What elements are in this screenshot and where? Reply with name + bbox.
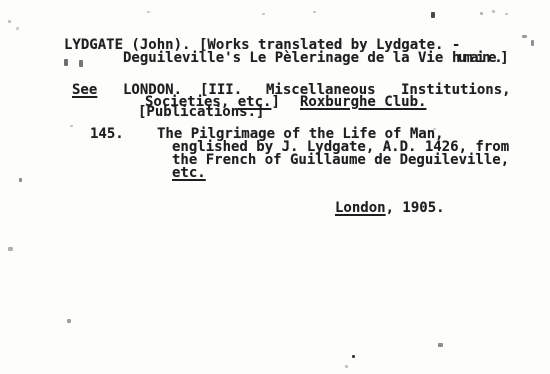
ink-speck bbox=[8, 20, 11, 23]
ink-speck bbox=[67, 319, 71, 323]
ink-speck bbox=[8, 247, 13, 251]
ink-speck bbox=[147, 11, 150, 13]
ink-speck bbox=[313, 11, 316, 13]
imprint-place: London bbox=[335, 200, 386, 216]
cross-reference-line-3: [Publications.] bbox=[0, 106, 550, 121]
ink-speck bbox=[79, 60, 83, 67]
ink-speck bbox=[433, 128, 436, 130]
entry-line-4: etc. bbox=[0, 167, 550, 182]
ink-speck bbox=[505, 13, 508, 15]
entry-text-3: the French of Guillaume de Deguileville, bbox=[172, 154, 509, 167]
ink-speck bbox=[345, 365, 348, 368]
imprint-year: , 1905. bbox=[386, 200, 445, 216]
heading-subtitle-end: humaine.] bbox=[452, 52, 506, 65]
ink-speck bbox=[70, 125, 73, 127]
ink-speck bbox=[16, 27, 19, 30]
ink-speck bbox=[438, 343, 443, 347]
ink-speck bbox=[431, 12, 435, 18]
ink-speck bbox=[492, 10, 495, 13]
ink-speck bbox=[19, 178, 22, 182]
entry-number: 145. bbox=[90, 128, 124, 141]
ink-speck bbox=[64, 59, 68, 66]
imprint-line: London, 1905. bbox=[0, 202, 550, 217]
catalogue-card: LYDGATE (John). [Works translated by Lyd… bbox=[0, 0, 550, 374]
entry-etc: etc. bbox=[172, 167, 206, 180]
ink-speck bbox=[522, 35, 527, 38]
ink-speck bbox=[480, 12, 483, 15]
publications-note: [Publications.] bbox=[138, 106, 264, 119]
heading-subtitle: Deguileville's Le Pèlerinage de la Vie bbox=[123, 52, 452, 65]
ink-speck bbox=[262, 13, 265, 15]
imprint-segment: London, 1905. bbox=[335, 202, 445, 215]
ink-speck bbox=[352, 355, 355, 358]
ink-speck bbox=[531, 40, 534, 46]
